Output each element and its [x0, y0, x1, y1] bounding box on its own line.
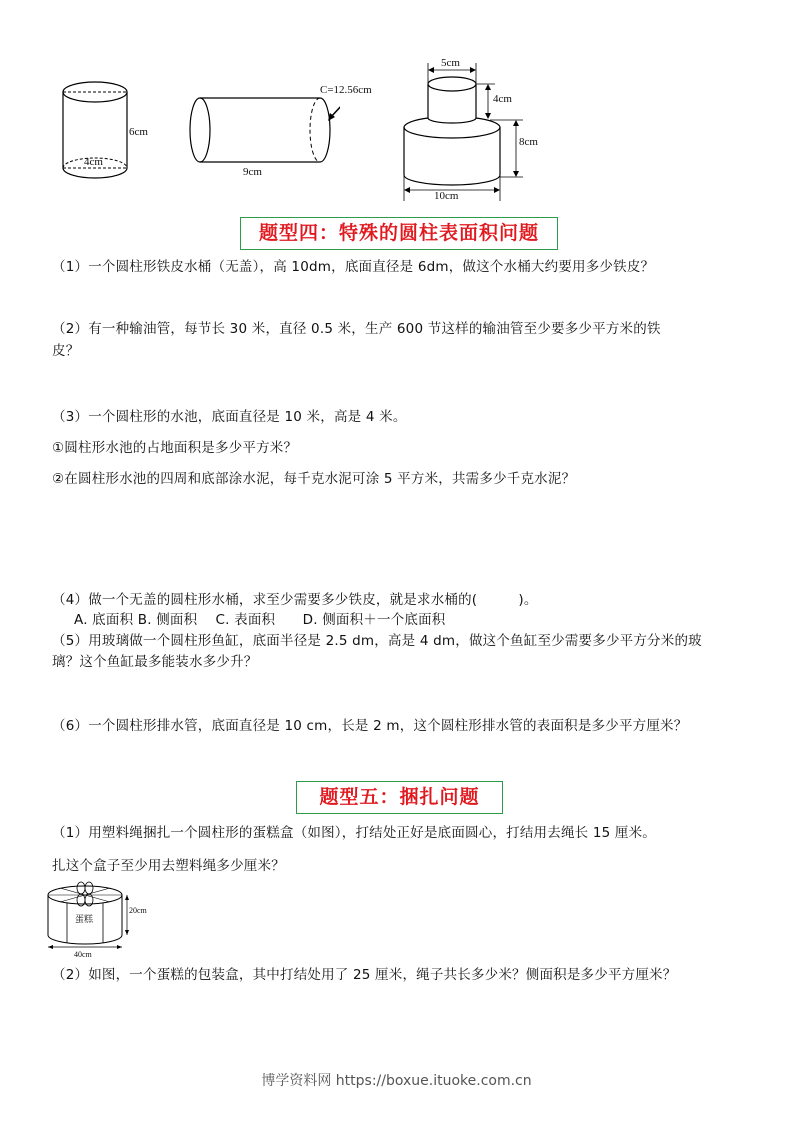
label-diameter-4cm: 4cm — [84, 156, 103, 168]
s4-question-1: （1）一个圆柱形铁皮水桶（无盖），高 10dm，底面直径是 6dm，做这个水桶大… — [52, 256, 654, 278]
section5-title: 题型五：捆扎问题 — [296, 781, 503, 814]
section4-title: 题型四：特殊的圆柱表面积问题 — [240, 217, 558, 250]
label-top-height: 4cm — [493, 93, 512, 105]
figure-cylinder-horizontal — [180, 80, 340, 170]
s5-question-1-line1: （1）用塑料绳捆扎一个圆柱形的蛋糕盒（如图），打结处正好是底面圆心，打结用去绳长… — [52, 822, 656, 844]
s4-question-3: （3）一个圆柱形的水池，底面直径是 10 米，高是 4 米。 — [52, 406, 407, 428]
cake-diameter-label: 40cm — [74, 950, 92, 959]
s4-question-5-line2: 璃？这个鱼缸最多能装水多少升？ — [52, 651, 258, 673]
figure-cylinder-upright — [55, 75, 165, 185]
s4-question-3b: ②在圆柱形水池的四周和底部涂水泥，每千克水泥可涂 5 平方米，共需多少千克水泥？ — [52, 468, 575, 490]
s4-question-3a: ①圆柱形水池的占地面积是多少平方米？ — [52, 437, 297, 459]
s5-question-2: （2）如图，一个蛋糕的包装盒，其中打结处用了 25 厘米，绳子共长多少米？侧面积… — [52, 964, 676, 986]
label-height-6cm: 6cm — [129, 126, 148, 138]
s4-question-4-options: A. 底面积 B. 侧面积 C. 表面积 D. 侧面积＋一个底面积 — [74, 609, 446, 631]
label-bottom-height: 8cm — [519, 136, 538, 148]
s4-question-4: （4）做一个无盖的圆柱形水桶，求至少需要多少铁皮，就是求水桶的( )。 — [52, 589, 538, 611]
label-bottom-diameter: 10cm — [434, 190, 458, 202]
s4-question-2-line1: （2）有一种输油管，每节长 30 米，直径 0.5 米，生产 600 节这样的输… — [52, 318, 661, 340]
cake-height-label: 20cm — [129, 906, 147, 915]
label-length-9cm: 9cm — [243, 166, 262, 178]
s4-question-6: （6）一个圆柱形排水管，底面直径是 10 cm，长是 2 m，这个圆柱形排水管的… — [52, 715, 687, 737]
figure-stacked-cylinders — [395, 55, 555, 205]
s5-question-1-line2: 扎这个盒子至少用去塑料绳多少厘米？ — [52, 855, 285, 877]
label-top-diameter: 5cm — [441, 57, 460, 69]
cake-label: 蛋糕 — [75, 912, 93, 925]
label-circumference: C=12.56cm — [320, 84, 372, 96]
footer-watermark: 博学资料网 https://boxue.ituoke.com.cn — [0, 1070, 793, 1090]
s4-question-5-line1: （5）用玻璃做一个圆柱形鱼缸，底面半径是 2.5 dm，高是 4 dm，做这个鱼… — [52, 630, 702, 652]
s4-question-2-line2: 皮？ — [52, 340, 79, 362]
